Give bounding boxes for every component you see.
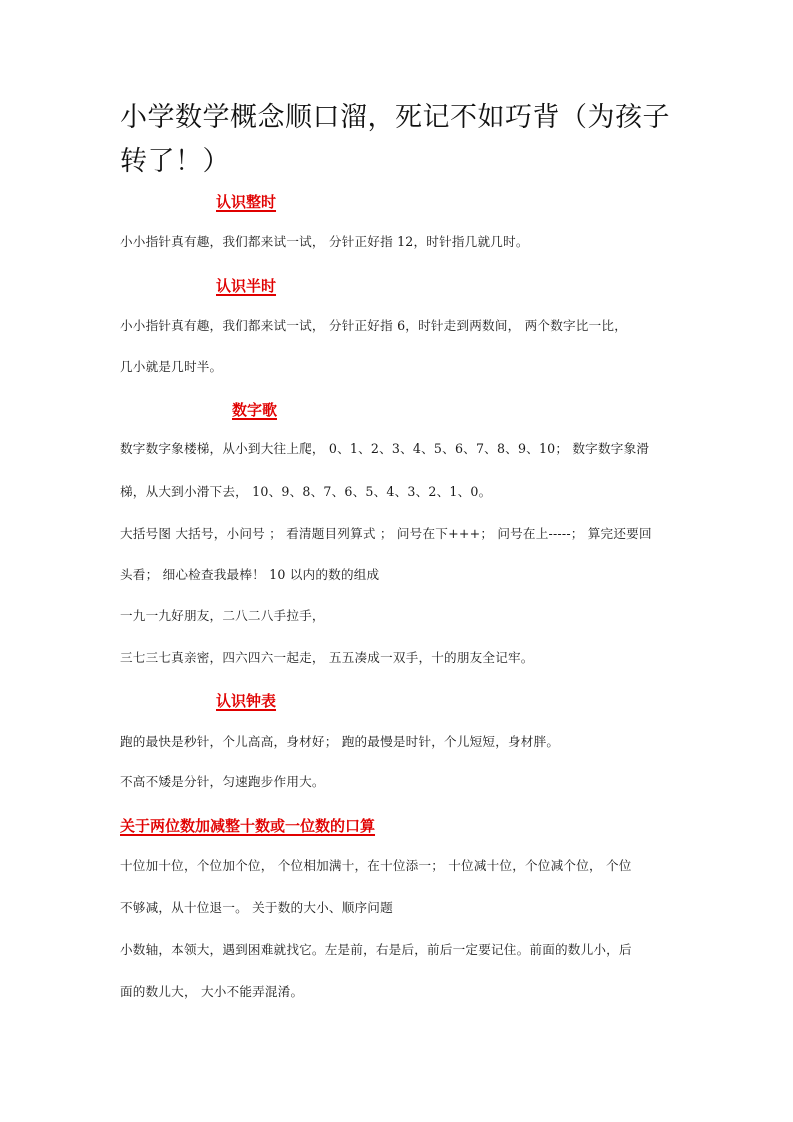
section-heading-whole-hour: 认识整时 (216, 191, 276, 212)
section-text-line: 几小就是几时半。 (120, 359, 222, 375)
section-text-line: 面的数儿大， 大小不能弄混淆。 (120, 984, 303, 1000)
section-text-line: 小数轴，本领大，遇到困难就找它。左是前，右是后，前后一定要记住。前面的数儿小，后 (120, 942, 632, 958)
section-text-line: 三七三七真亲密，四六四六一起走， 五五凑成一双手，十的朋友全记牢。 (120, 650, 534, 666)
section-text-line: 小小指针真有趣，我们都来试一试， 分针正好指 6，时针走到两数间， 两个数字比一… (120, 318, 627, 334)
title-line-1: 小学数学概念顺口溜，死记不如巧背（为孩子 (120, 102, 670, 133)
section-heading-half-hour: 认识半时 (216, 275, 276, 296)
section-text-line: 十位加十位，个位加个位， 个位相加满十，在十位添一； 十位减十位，个位减个位， … (120, 858, 632, 874)
section-heading-mental-arithmetic: 关于两位数加减整十数或一位数的口算 (120, 815, 375, 836)
section-heading-number-song: 数字歌 (232, 399, 277, 420)
section-text-line: 一九一九好朋友，二八二八手拉手， (120, 608, 325, 624)
document-title: 小学数学概念顺口溜，死记不如巧背（为孩子 转了！） (120, 96, 680, 184)
section-text-line: 大括号图 大括号，小问号 ； 看清题目列算式 ； 问号在下+++； 问号在上--… (120, 526, 652, 542)
section-text-line: 不够减，从十位退一。 关于数的大小、顺序问题 (120, 900, 393, 916)
section-text-line: 数字数字象楼梯，从小到大往上爬， 0、1、2、3、4、5、6、7、8、9、10；… (120, 441, 649, 457)
section-text-line: 头看； 细心检查我最棒！ 10 以内的数的组成 (120, 567, 379, 583)
section-text-line: 跑的最快是秒针，个儿高高，身材好； 跑的最慢是时针，个儿短短，身材胖。 (120, 734, 559, 750)
section-text-line: 不高不矮是分针，匀速跑步作用大。 (120, 774, 325, 790)
section-text-line: 梯，从大到小滑下去， 10、9、8、7、6、5、4、3、2、1、0。 (120, 484, 491, 500)
section-text-line: 小小指针真有趣，我们都来试一试， 分针正好指 12，时针指几就几时。 (120, 234, 529, 250)
section-heading-clock: 认识钟表 (216, 690, 276, 711)
document-page: 小学数学概念顺口溜，死记不如巧背（为孩子 转了！） 认识整时 小小指针真有趣，我… (0, 0, 793, 1122)
title-line-2: 转了！） (120, 146, 230, 177)
